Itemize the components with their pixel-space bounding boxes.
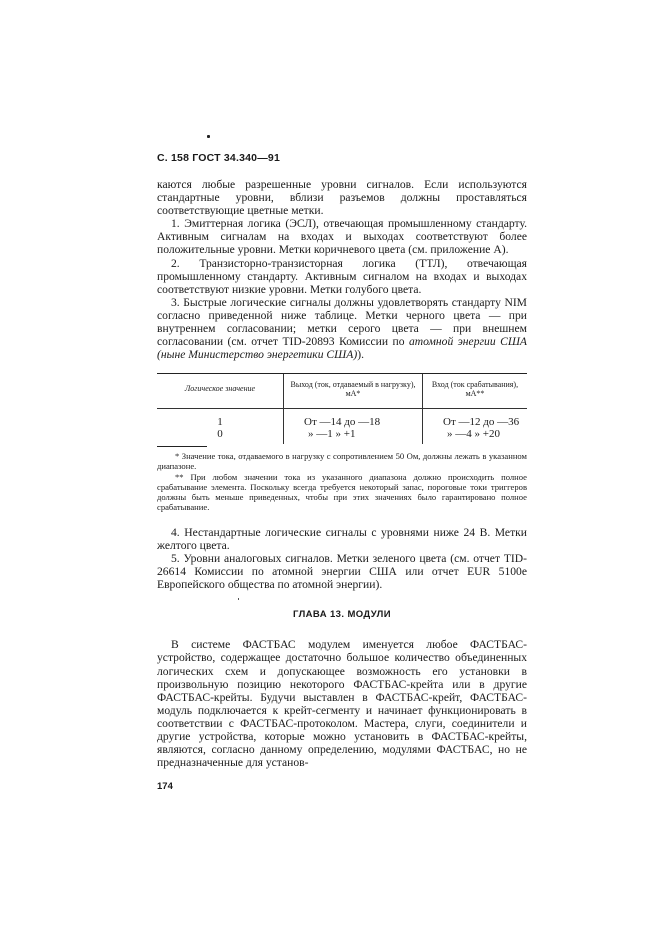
- paragraph-ttl: 2. Транзисторно-транзисторная логика (ТТ…: [157, 257, 527, 296]
- paragraph-analog: 5. Уровни аналоговых сигналов. Метки зел…: [157, 552, 527, 591]
- footnote-rule: [157, 446, 207, 447]
- chapter-title: ГЛАВА 13. МОДУЛИ: [157, 609, 527, 620]
- table-cell-input-values: От —12 до —36 » —4 » +20: [423, 409, 528, 445]
- chapter-body: В системе ФАСТБАС модулем именуется любо…: [157, 638, 527, 769]
- running-header: С. 158 ГОСТ 34.340—91: [157, 152, 527, 164]
- paragraph-ecl: 1. Эмиттерная логика (ЭСЛ), отвечающая п…: [157, 217, 527, 256]
- paragraph-nim: 3. Быстрые логические сигналы должны удо…: [157, 296, 527, 361]
- paragraph-nonstandard: 4. Нестандартные логические сигналы с ур…: [157, 526, 527, 552]
- paragraph-nim-end: ).: [357, 348, 364, 361]
- footnote-1: * Значение тока, отдаваемого в нагрузку …: [157, 451, 527, 471]
- table-cell-output-values: От —14 до —18 » —1 » +1: [284, 409, 423, 445]
- table-cell-logic-values: 1 0: [157, 409, 284, 445]
- nim-signal-table: Логическое значение Выход (ток, отдаваем…: [157, 373, 527, 444]
- page-number: 174: [157, 781, 527, 792]
- scan-speck: [207, 135, 210, 138]
- document-page: С. 158 ГОСТ 34.340—91 каются любые разре…: [157, 152, 527, 792]
- paragraph-continuation: каются любые разрешенные уровни сигналов…: [157, 178, 527, 217]
- footnote-2: ** При любом значении тока из указанного…: [157, 472, 527, 512]
- column-header-output: Выход (ток, отдаваемый в нагрузку), мА*: [284, 374, 423, 409]
- column-header-logic-value: Логическое значение: [157, 374, 284, 409]
- table-header-row: Логическое значение Выход (ток, отдаваем…: [157, 374, 527, 409]
- cell-value: 0: [161, 429, 279, 441]
- table-row: 1 0 От —14 до —18 » —1 » +1 От —12 до —3…: [157, 409, 527, 445]
- cell-value: » —4 » +20: [443, 429, 523, 441]
- column-header-input: Вход (ток срабатывания), мА**: [423, 374, 528, 409]
- cell-value: » —1 » +1: [304, 429, 418, 441]
